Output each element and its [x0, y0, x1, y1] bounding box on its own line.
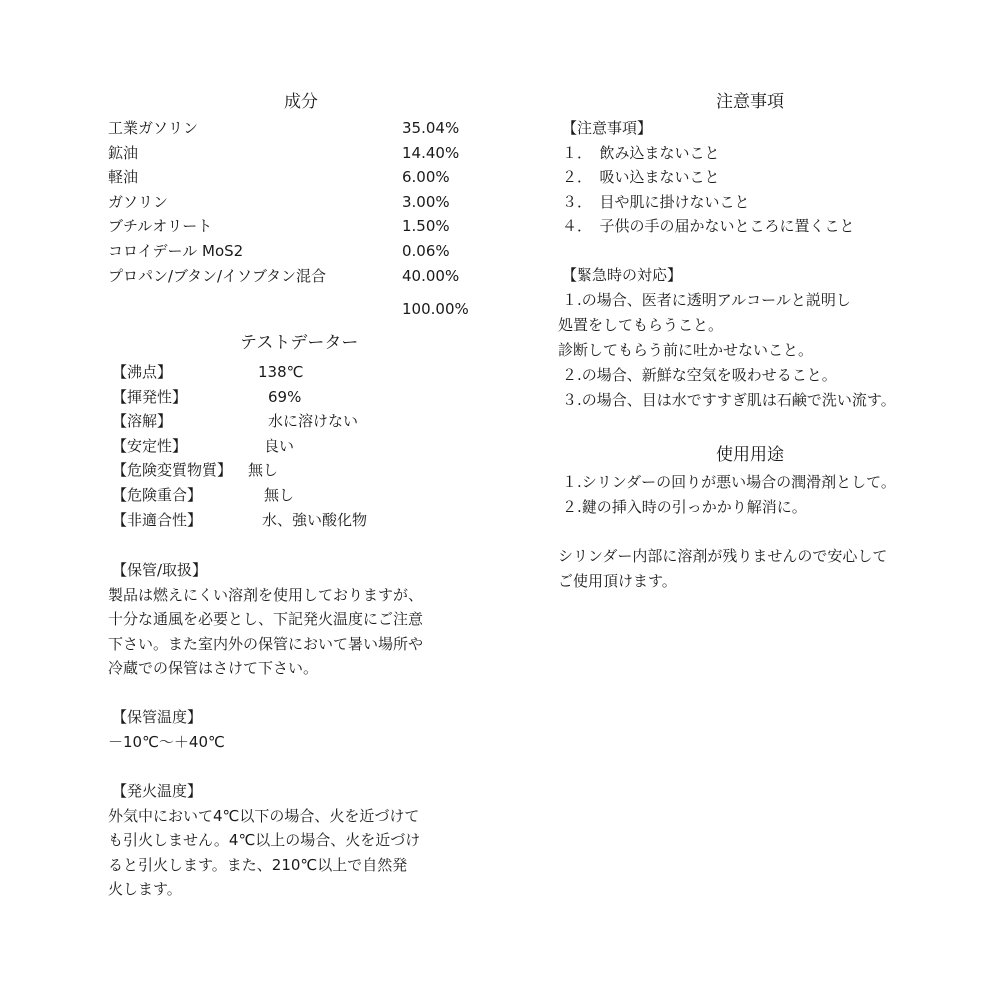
usage-title: 使用用途 [716, 445, 784, 465]
test-label: 【沸点】 [112, 362, 172, 382]
emergency-heading: 【緊急時の対応】 [562, 265, 682, 285]
storage-text-line: 製品は燃えにくい溶剤を使用しておりますが、 [108, 585, 423, 605]
test-label: 【安定性】 [112, 436, 187, 456]
storage-text-line: 十分な通風を必要とし、下記発火温度にご注意 [108, 609, 423, 629]
emergency-line: 処置をしてもらうこと。 [558, 315, 723, 335]
usage-note-line: シリンダー内部に溶剤が残りませんので安心して [558, 546, 887, 566]
caution-item: ４． 子供の手の届かないところに置くこと [562, 216, 855, 236]
ingredient-total: 100.00% [402, 299, 469, 319]
storage-temp-heading: 【保管温度】 [112, 707, 202, 727]
test-label: 【揮発性】 [112, 387, 187, 407]
ignition-text-line: 外気中において4℃以下の場合、火を近づけて [108, 806, 419, 826]
usage-item: １.シリンダーの回りが悪い場合の潤滑剤として。 [562, 472, 896, 492]
ingredient-value: 0.06% [402, 241, 450, 261]
ingredients-title: 成分 [284, 92, 318, 112]
ingredient-name: 工業ガソリン [108, 118, 198, 138]
ignition-temp-heading: 【発火温度】 [112, 781, 202, 801]
ingredient-value: 14.40% [402, 143, 459, 163]
ingredient-value: 3.00% [402, 192, 450, 212]
ingredient-name: 鉱油 [108, 143, 138, 163]
ingredient-value: 1.50% [402, 216, 450, 236]
caution-item: ３． 目や肌に掛けないこと [562, 192, 750, 212]
test-label: 【危険重合】 [112, 485, 202, 505]
test-data-title: テストデーター [240, 333, 358, 353]
ingredient-value: 40.00% [402, 266, 459, 286]
caution-item: ２． 吸い込まないこと [562, 167, 720, 187]
test-value: 水に溶けない [268, 411, 358, 431]
test-value: 無し [248, 460, 278, 480]
ignition-text-line: 火します。 [108, 879, 182, 899]
storage-heading: 【保管/取扱】 [112, 560, 207, 580]
test-label: 【非適合性】 [112, 510, 202, 530]
test-label: 【危険変質物質】 [112, 460, 232, 480]
ingredient-name: ガソリン [108, 192, 168, 212]
ingredient-value: 35.04% [402, 118, 459, 138]
cautions-title: 注意事項 [716, 92, 784, 112]
test-value: 69% [268, 387, 301, 407]
caution-item: １． 飲み込まないこと [562, 143, 720, 163]
ignition-text-line: ると引火します。また、210℃以上で自然発 [108, 855, 407, 875]
ingredient-name: ブチルオリート [108, 216, 212, 236]
ingredient-name: 軽油 [108, 167, 138, 187]
storage-text-line: 下さい。また室内外の保管において暑い場所や [108, 634, 423, 654]
emergency-line: ２.の場合、新鮮な空気を吸わせること。 [562, 365, 837, 385]
storage-temp-value: －10℃～＋40℃ [108, 732, 225, 752]
test-value: 良い [264, 436, 294, 456]
usage-item: ２.鍵の挿入時の引っかかり解消に。 [562, 497, 807, 517]
test-value: 138℃ [258, 362, 303, 382]
cautions-heading: 【注意事項】 [562, 118, 652, 138]
emergency-line: 診断してもらう前に吐かせないこと。 [558, 340, 813, 360]
storage-text-line: 冷蔵での保管はさけて下さい。 [108, 658, 318, 678]
ingredient-value: 6.00% [402, 167, 450, 187]
usage-note-line: ご使用頂けます。 [558, 571, 677, 591]
ingredient-name: プロパン/ブタン/イソブタン混合 [108, 266, 326, 286]
ignition-text-line: も引火しません。4℃以上の場合、火を近づけ [108, 830, 420, 850]
ingredient-name: コロイデール MoS2 [108, 241, 243, 261]
emergency-line: １.の場合、医者に透明アルコールと説明し [562, 290, 851, 310]
test-value: 無し [264, 485, 294, 505]
emergency-line: ３.の場合、目は水ですすぎ肌は石鹸で洗い流す。 [562, 390, 896, 410]
test-value: 水、強い酸化物 [262, 510, 367, 530]
test-label: 【溶解】 [112, 411, 172, 431]
